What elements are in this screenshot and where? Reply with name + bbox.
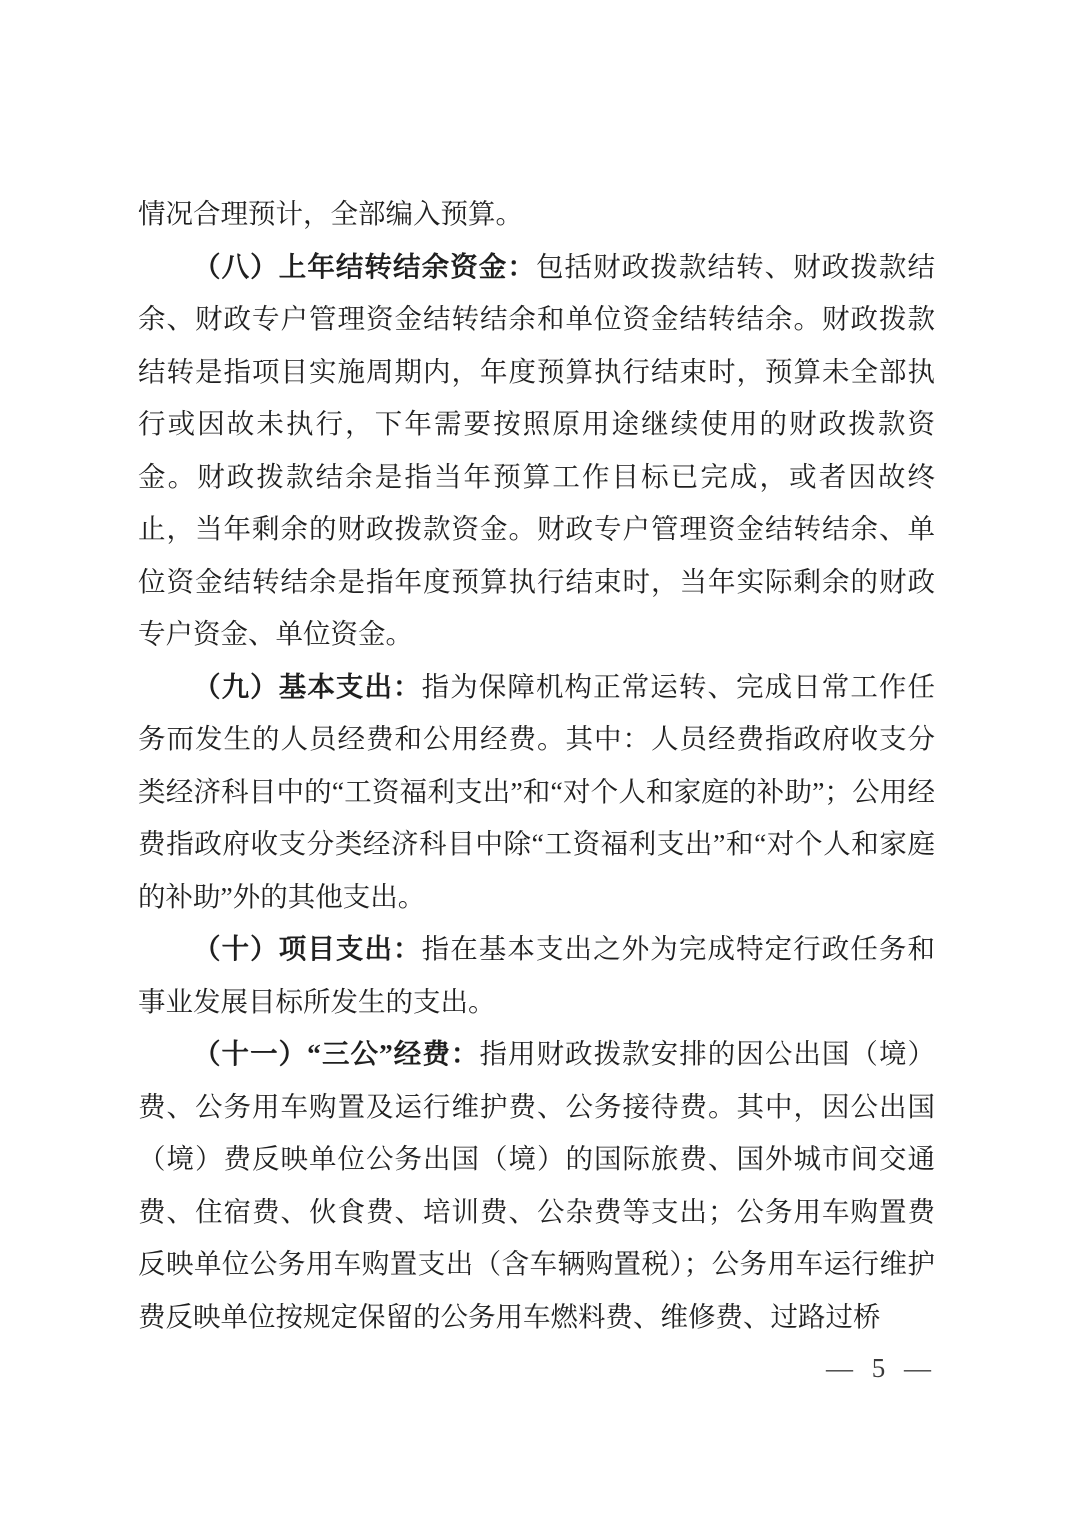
paragraph-lead: （十一）“三公”经费： (193, 1038, 479, 1069)
paragraph-text: 指为保障机构正常运转、完成日常工作任务而发生的人员经费和公用经费。其中：人员经费… (138, 671, 935, 912)
paragraph-lead: （八）上年结转结余资金： (193, 251, 536, 282)
paragraph-item-8: （八）上年结转结余资金：包括财政拨款结转、财政拨款结余、财政专户管理资金结转结余… (138, 241, 935, 661)
paragraph-continuation: 情况合理预计，全部编入预算。 (138, 188, 935, 241)
paragraph-item-11: （十一）“三公”经费：指用财政拨款安排的因公出国（境）费、公务用车购置及运行维护… (138, 1028, 935, 1343)
paragraph-text: 情况合理预计，全部编入预算。 (138, 198, 523, 229)
paragraph-text: 包括财政拨款结转、财政拨款结余、财政专户管理资金结转结余和单位资金结转结余。财政… (138, 251, 935, 650)
document-body: 情况合理预计，全部编入预算。 （八）上年结转结余资金：包括财政拨款结转、财政拨款… (138, 188, 935, 1343)
paragraph-lead: （九）基本支出： (193, 671, 422, 702)
document-page: 情况合理预计，全部编入预算。 （八）上年结转结余资金：包括财政拨款结转、财政拨款… (0, 0, 1074, 1520)
page-number: — 5 — (826, 1352, 937, 1384)
paragraph-item-9: （九）基本支出：指为保障机构正常运转、完成日常工作任务而发生的人员经费和公用经费… (138, 661, 935, 924)
paragraph-text: 指用财政拨款安排的因公出国（境）费、公务用车购置及运行维护费、公务接待费。其中，… (138, 1038, 935, 1332)
paragraph-lead: （十）项目支出： (193, 933, 422, 964)
paragraph-item-10: （十）项目支出：指在基本支出之外为完成特定行政任务和事业发展目标所发生的支出。 (138, 923, 935, 1028)
